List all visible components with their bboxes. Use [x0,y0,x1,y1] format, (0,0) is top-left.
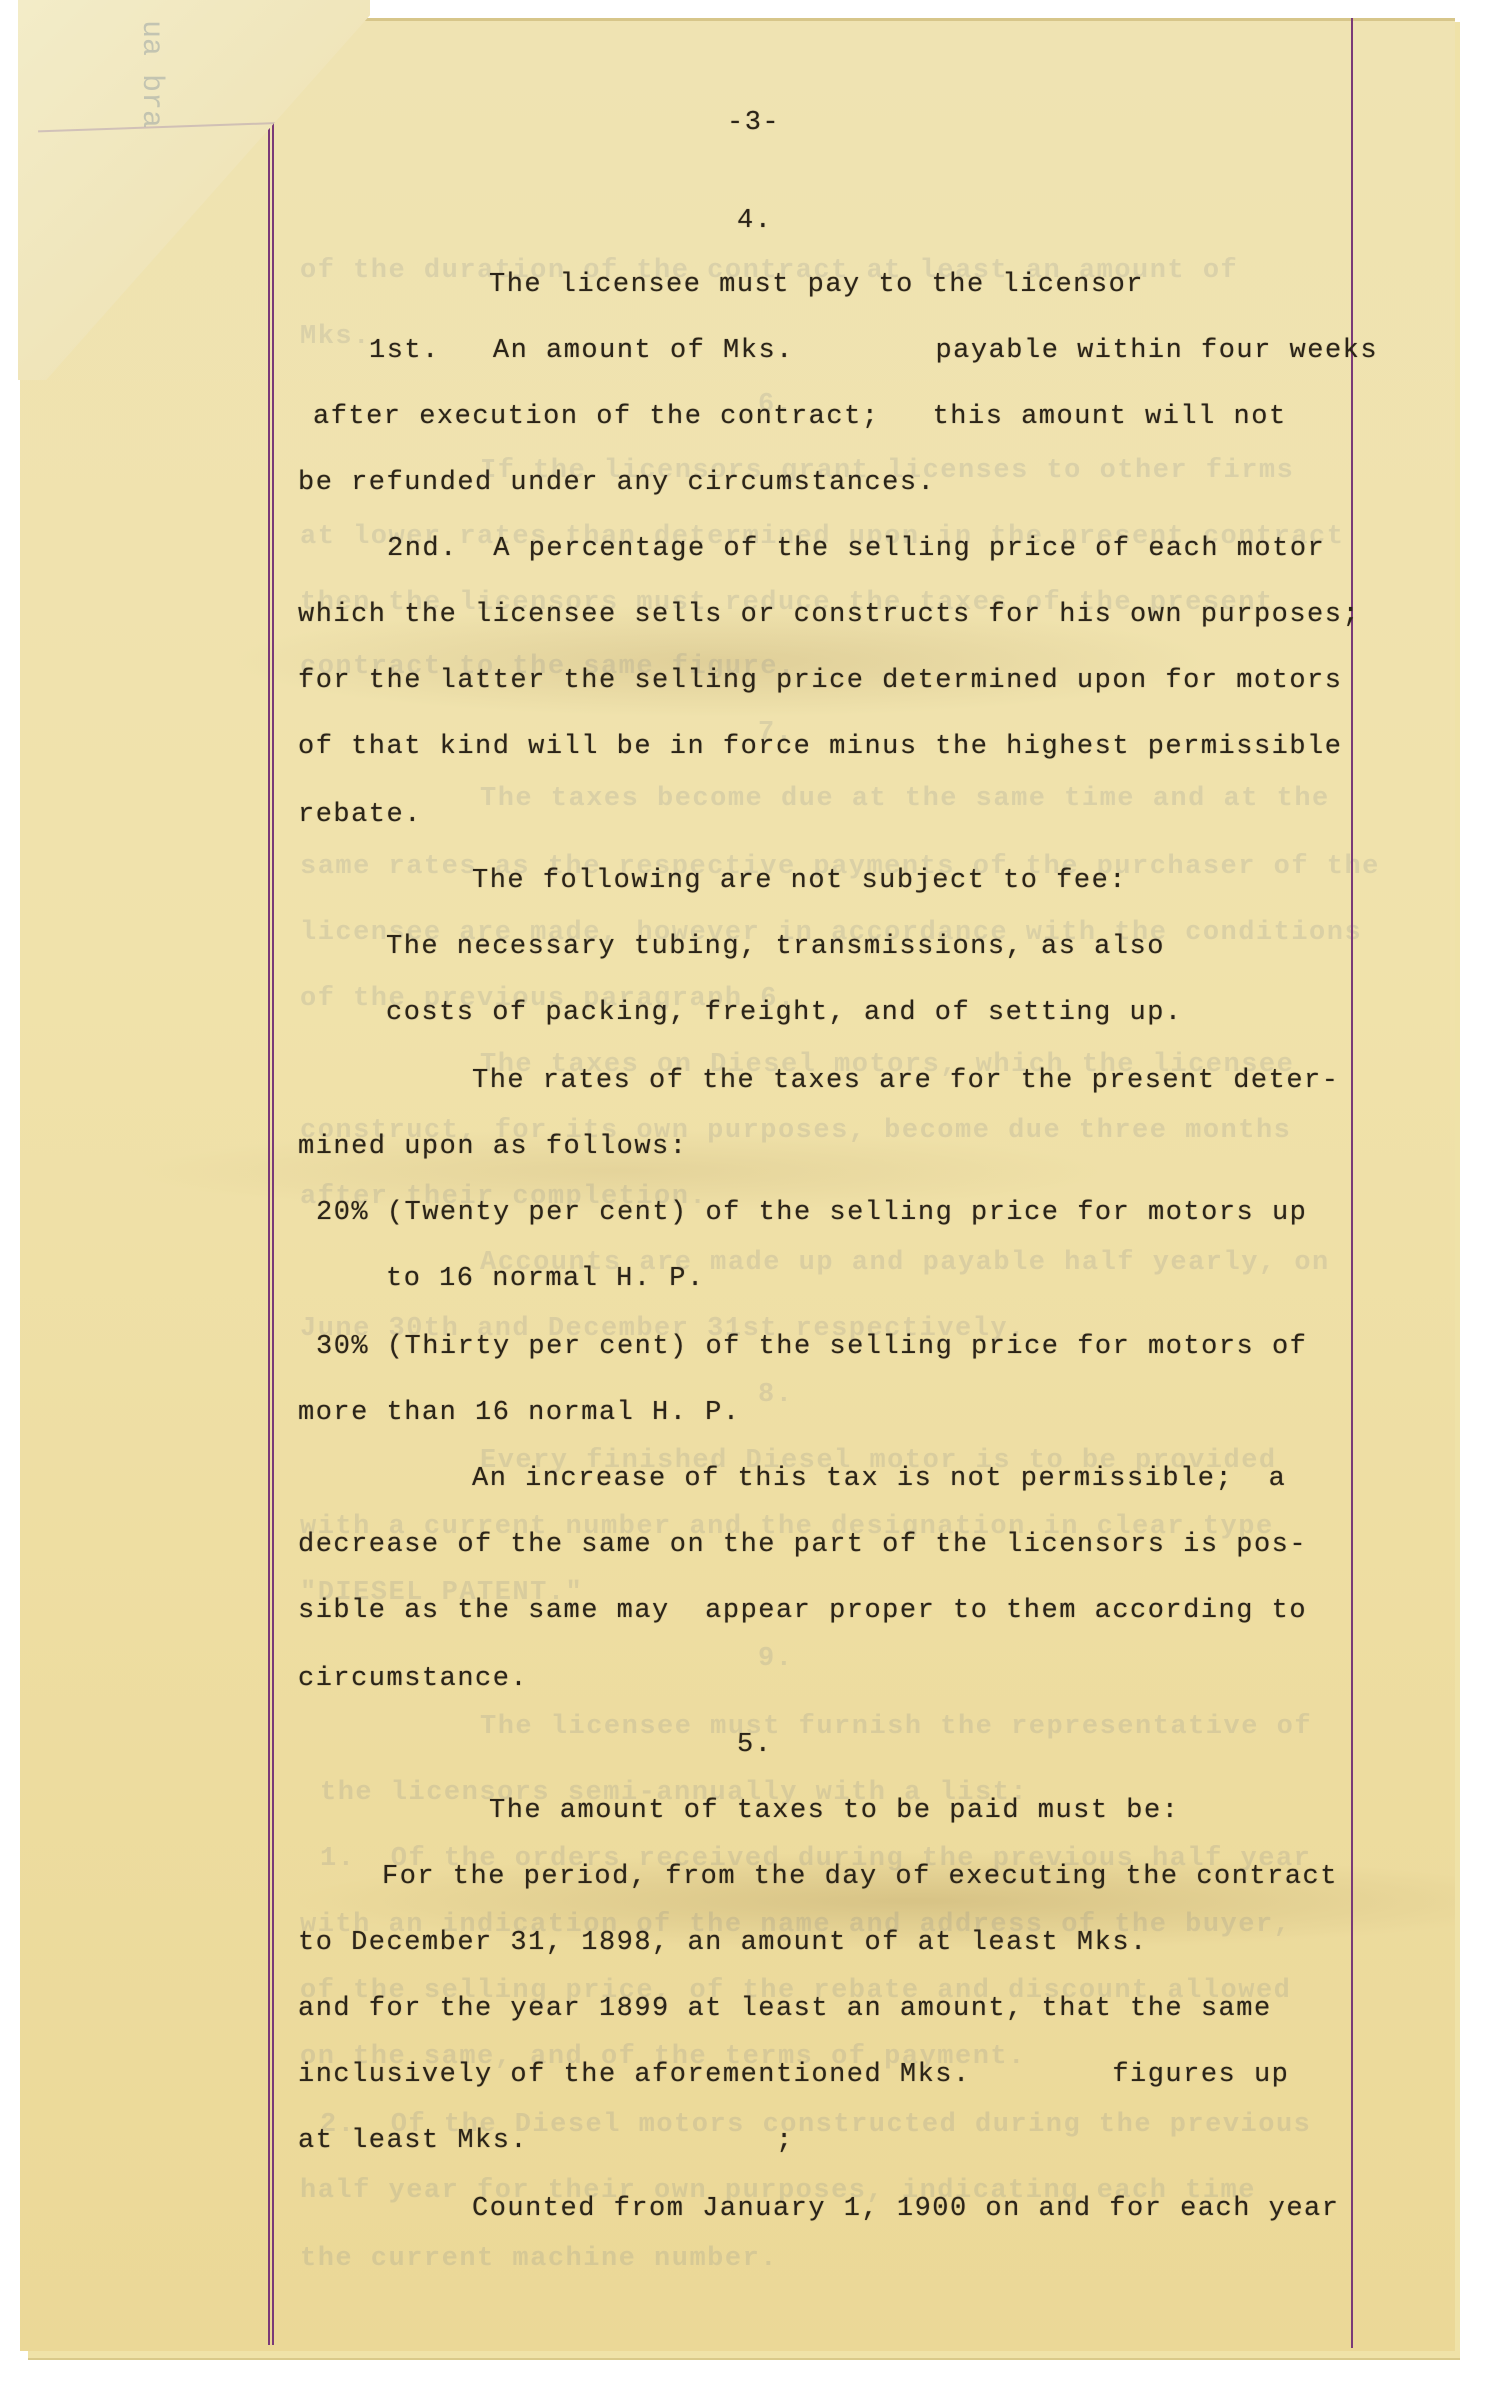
text-line: The rates of the taxes are for the prese… [472,1066,1339,1096]
section-heading-5: 5. [737,1730,772,1760]
ghost-line: the current machine number. [300,2244,778,2274]
text-line: decrease of the same on the part of the … [298,1530,1307,1560]
text-line: rebate. [298,800,422,830]
text-line: of that kind will be in force minus the … [298,732,1342,762]
text-line: The following are not subject to fee: [472,866,1127,896]
ghost-line: The taxes become due at the same time an… [480,784,1330,814]
text-line: for the latter the selling price determi… [298,666,1342,696]
text-line: The necessary tubing, transmissions, as … [386,932,1165,962]
text-line: after execution of the contract; this am… [313,402,1287,432]
text-line: inclusively of the aforementioned Mks. f… [298,2060,1289,2090]
ghost-line: 8. [758,1380,793,1410]
ghost-line: 9. [758,1644,793,1674]
text-line: and for the year 1899 at least an amount… [298,1994,1272,2024]
text-line: at least Mks. ; [298,2126,794,2156]
fold-ghost-text: ua bra [134,20,168,128]
text-line: 2nd. A percentage of the selling price o… [387,534,1325,564]
text-line: The licensee must pay to the licensor [489,270,1144,300]
text-line: For the period, from the day of executin… [382,1862,1338,1892]
text-line: An increase of this tax is not permissib… [472,1464,1286,1494]
text-line: The amount of taxes to be paid must be: [489,1796,1179,1826]
text-line: 20% (Twenty per cent) of the selling pri… [316,1198,1307,1228]
ghost-line: Mks. [300,322,371,352]
text-line: more than 16 normal H. P. [298,1398,741,1428]
page-number: -3- [727,108,780,138]
text-line: sible as the same may appear proper to t… [298,1596,1307,1626]
text-line: to 16 normal H. P. [386,1264,705,1294]
text-line: be refunded under any circumstances. [298,468,935,498]
text-line: to December 31, 1898, an amount of at le… [298,1928,1148,1958]
section-heading-4: 4. [737,206,772,236]
text-line: Counted from January 1, 1900 on and for … [472,2194,1339,2224]
left-margin-rule [268,120,274,2345]
right-margin-rule [1351,18,1353,2348]
text-line: 1st. An amount of Mks. payable within fo… [369,336,1378,366]
text-line: 30% (Thirty per cent) of the selling pri… [316,1332,1307,1362]
text-line: costs of packing, freight, and of settin… [386,998,1183,1028]
text-line: circumstance. [298,1664,528,1694]
ghost-line: The licensee must furnish the representa… [480,1712,1312,1742]
text-line: which the licensee sells or constructs f… [298,600,1360,630]
text-line: mined upon as follows: [298,1132,687,1162]
